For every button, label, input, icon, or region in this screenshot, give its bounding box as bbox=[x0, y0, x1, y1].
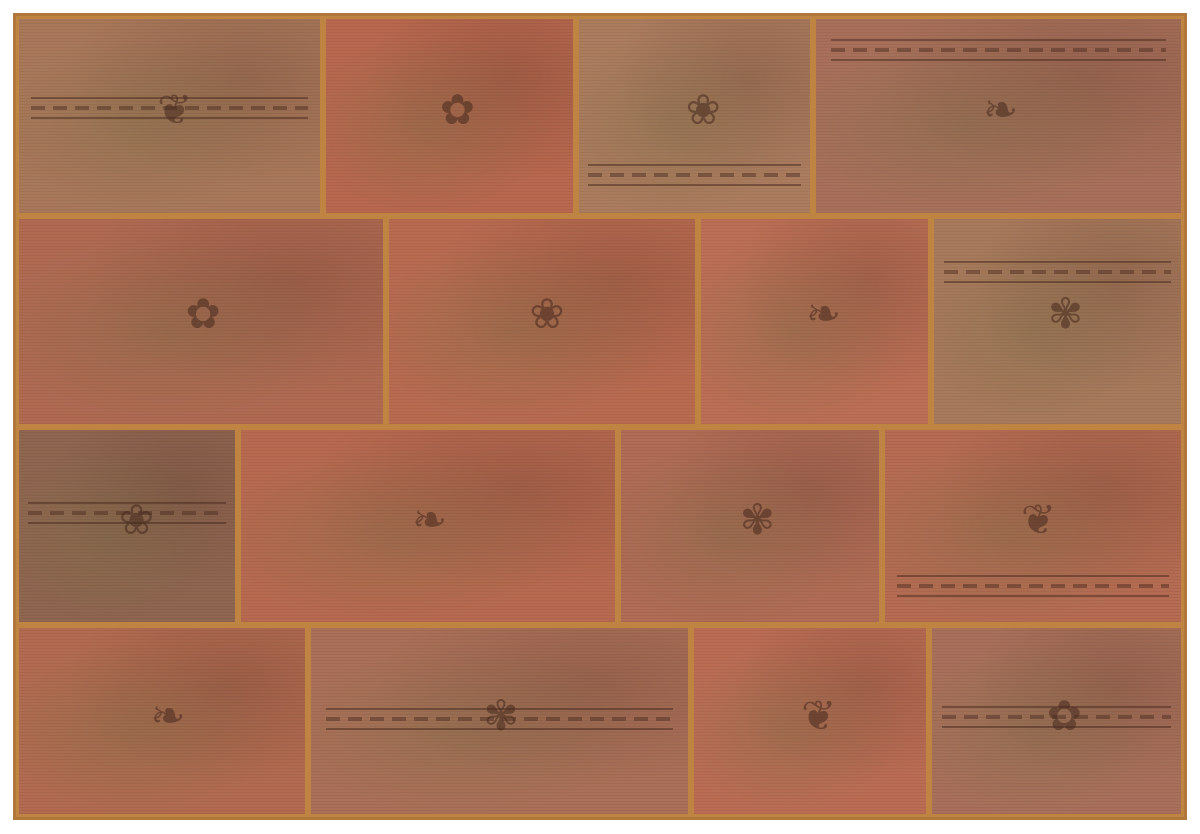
border-band bbox=[588, 164, 801, 186]
floral-motif-icon: ❦ bbox=[1021, 499, 1056, 541]
patchwork-rug: ❦✿❀❧✿❀❧✾❀❧✾❦❧✾❦✿ bbox=[16, 16, 1184, 817]
floral-motif-icon: ❧ bbox=[806, 293, 841, 335]
floral-motif-icon: ✾ bbox=[1048, 293, 1083, 335]
rug-patch: ❦ bbox=[691, 625, 929, 817]
border-band bbox=[831, 39, 1167, 61]
floral-motif-icon: ❧ bbox=[983, 89, 1018, 131]
border-band bbox=[326, 708, 673, 730]
rug-patch: ✿ bbox=[323, 16, 576, 216]
rug-patch: ❦ bbox=[16, 16, 323, 216]
floral-motif-icon: ✿ bbox=[440, 89, 475, 131]
floral-motif-icon: ❦ bbox=[801, 695, 836, 737]
rug-patch: ✿ bbox=[929, 625, 1184, 817]
rug-patch: ❀ bbox=[386, 216, 698, 427]
rug-patch: ✾ bbox=[618, 427, 882, 625]
rug-row: ❦✿❀❧ bbox=[16, 16, 1184, 216]
rug-patch: ❀ bbox=[576, 16, 813, 216]
rug-row: ❧✾❦✿ bbox=[16, 625, 1184, 817]
border-band bbox=[28, 502, 227, 524]
floral-motif-icon: ❀ bbox=[529, 293, 564, 335]
rug-patch: ✾ bbox=[308, 625, 691, 817]
border-band bbox=[31, 97, 308, 119]
floral-motif-icon: ❧ bbox=[412, 499, 447, 541]
rug-row: ❀❧✾❦ bbox=[16, 427, 1184, 625]
border-band bbox=[897, 575, 1169, 597]
border-band bbox=[944, 261, 1171, 283]
rug-patch: ❧ bbox=[813, 16, 1184, 216]
rug-patch: ❧ bbox=[698, 216, 931, 427]
rug-patch: ❀ bbox=[16, 427, 238, 625]
floral-motif-icon: ✾ bbox=[740, 499, 775, 541]
rug-patch: ❦ bbox=[882, 427, 1184, 625]
floral-motif-icon: ❀ bbox=[686, 89, 721, 131]
floral-motif-icon: ❧ bbox=[150, 695, 185, 737]
rug-patch: ❧ bbox=[238, 427, 618, 625]
floral-motif-icon: ✿ bbox=[186, 293, 221, 335]
rug-row: ✿❀❧✾ bbox=[16, 216, 1184, 427]
rug-patch: ❧ bbox=[16, 625, 308, 817]
border-band bbox=[942, 706, 1171, 728]
rug-patch: ✿ bbox=[16, 216, 386, 427]
rug-patch: ✾ bbox=[931, 216, 1184, 427]
